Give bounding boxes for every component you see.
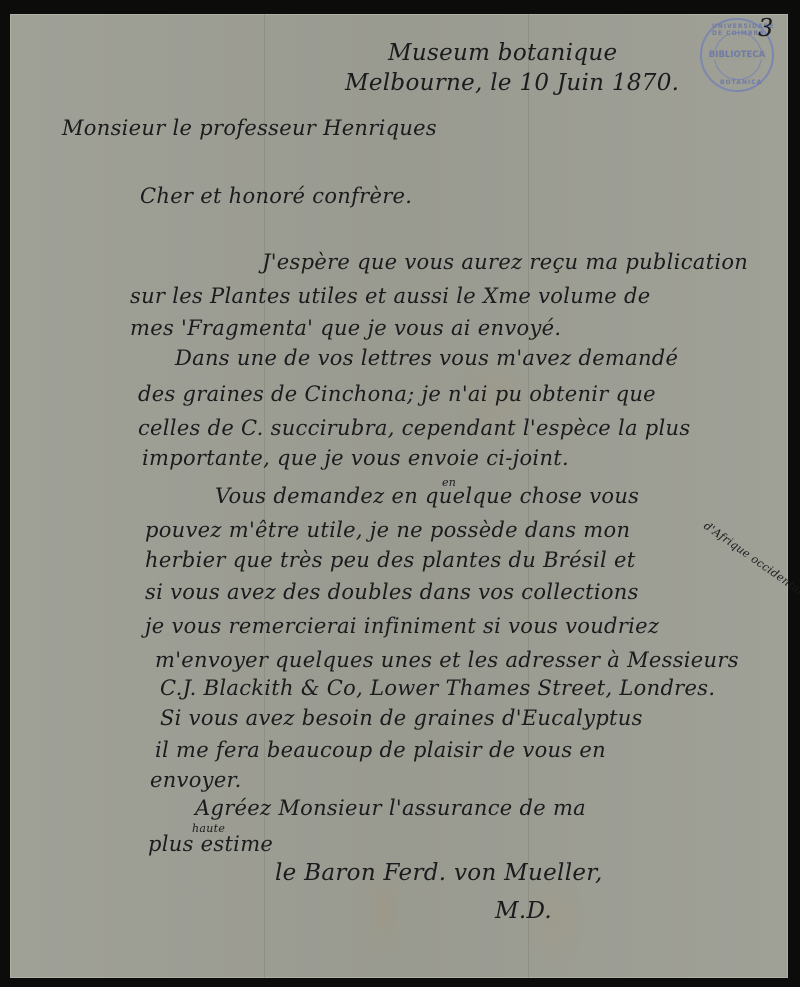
- closing-line: Agréez Monsieur l'assurance de ma: [195, 796, 586, 820]
- signature-name: le Baron Ferd. von Mueller,: [275, 860, 603, 886]
- body-line: pouvez m'être utile, je ne possède dans …: [145, 518, 630, 542]
- stamp-center-text: BIBLIOTECA: [708, 50, 766, 60]
- body-line: herbier que très peu des plantes du Brés…: [145, 548, 635, 572]
- body-line: il me fera beaucoup de plaisir de vous e…: [155, 738, 606, 762]
- salutation: Cher et honoré confrère.: [140, 184, 412, 208]
- stamp-ring-bottom: BOTANICA: [720, 79, 762, 86]
- body-line: J'espère que vous aurez reçu ma publicat…: [262, 250, 748, 274]
- body-line: celles de C. succirubra, cependant l'esp…: [138, 416, 690, 440]
- addressee: Monsieur le professeur Henriques: [62, 116, 437, 140]
- body-line: importante, que je vous envoie ci-joint.: [142, 446, 569, 470]
- body-line: m'envoyer quelques unes et les adresser …: [155, 648, 739, 672]
- body-line: je vous remercierai infiniment si vous v…: [145, 614, 659, 638]
- header-institution: Museum botanique: [388, 40, 617, 66]
- body-line: des graines de Cinchona; je n'ai pu obte…: [138, 382, 656, 406]
- header-place-date: Melbourne, le 10 Juin 1870.: [345, 70, 679, 96]
- body-line: Vous demandez en quelque chose vous: [215, 484, 639, 508]
- closing-line: plus estime: [148, 832, 273, 856]
- body-line: mes 'Fragmenta' que je vous ai envoyé.: [130, 316, 561, 340]
- body-line: Dans une de vos lettres vous m'avez dema…: [175, 346, 678, 370]
- body-line: sur les Plantes utiles et aussi le Xme v…: [130, 284, 650, 308]
- signature-title: M.D.: [495, 898, 552, 924]
- body-line: si vous avez des doubles dans vos collec…: [145, 580, 639, 604]
- page-number: 3: [758, 14, 773, 42]
- body-line: Si vous avez besoin de graines d'Eucalyp…: [160, 706, 643, 730]
- body-line: C.J. Blackith & Co, Lower Thames Street,…: [160, 676, 715, 700]
- body-line: envoyer.: [150, 768, 242, 792]
